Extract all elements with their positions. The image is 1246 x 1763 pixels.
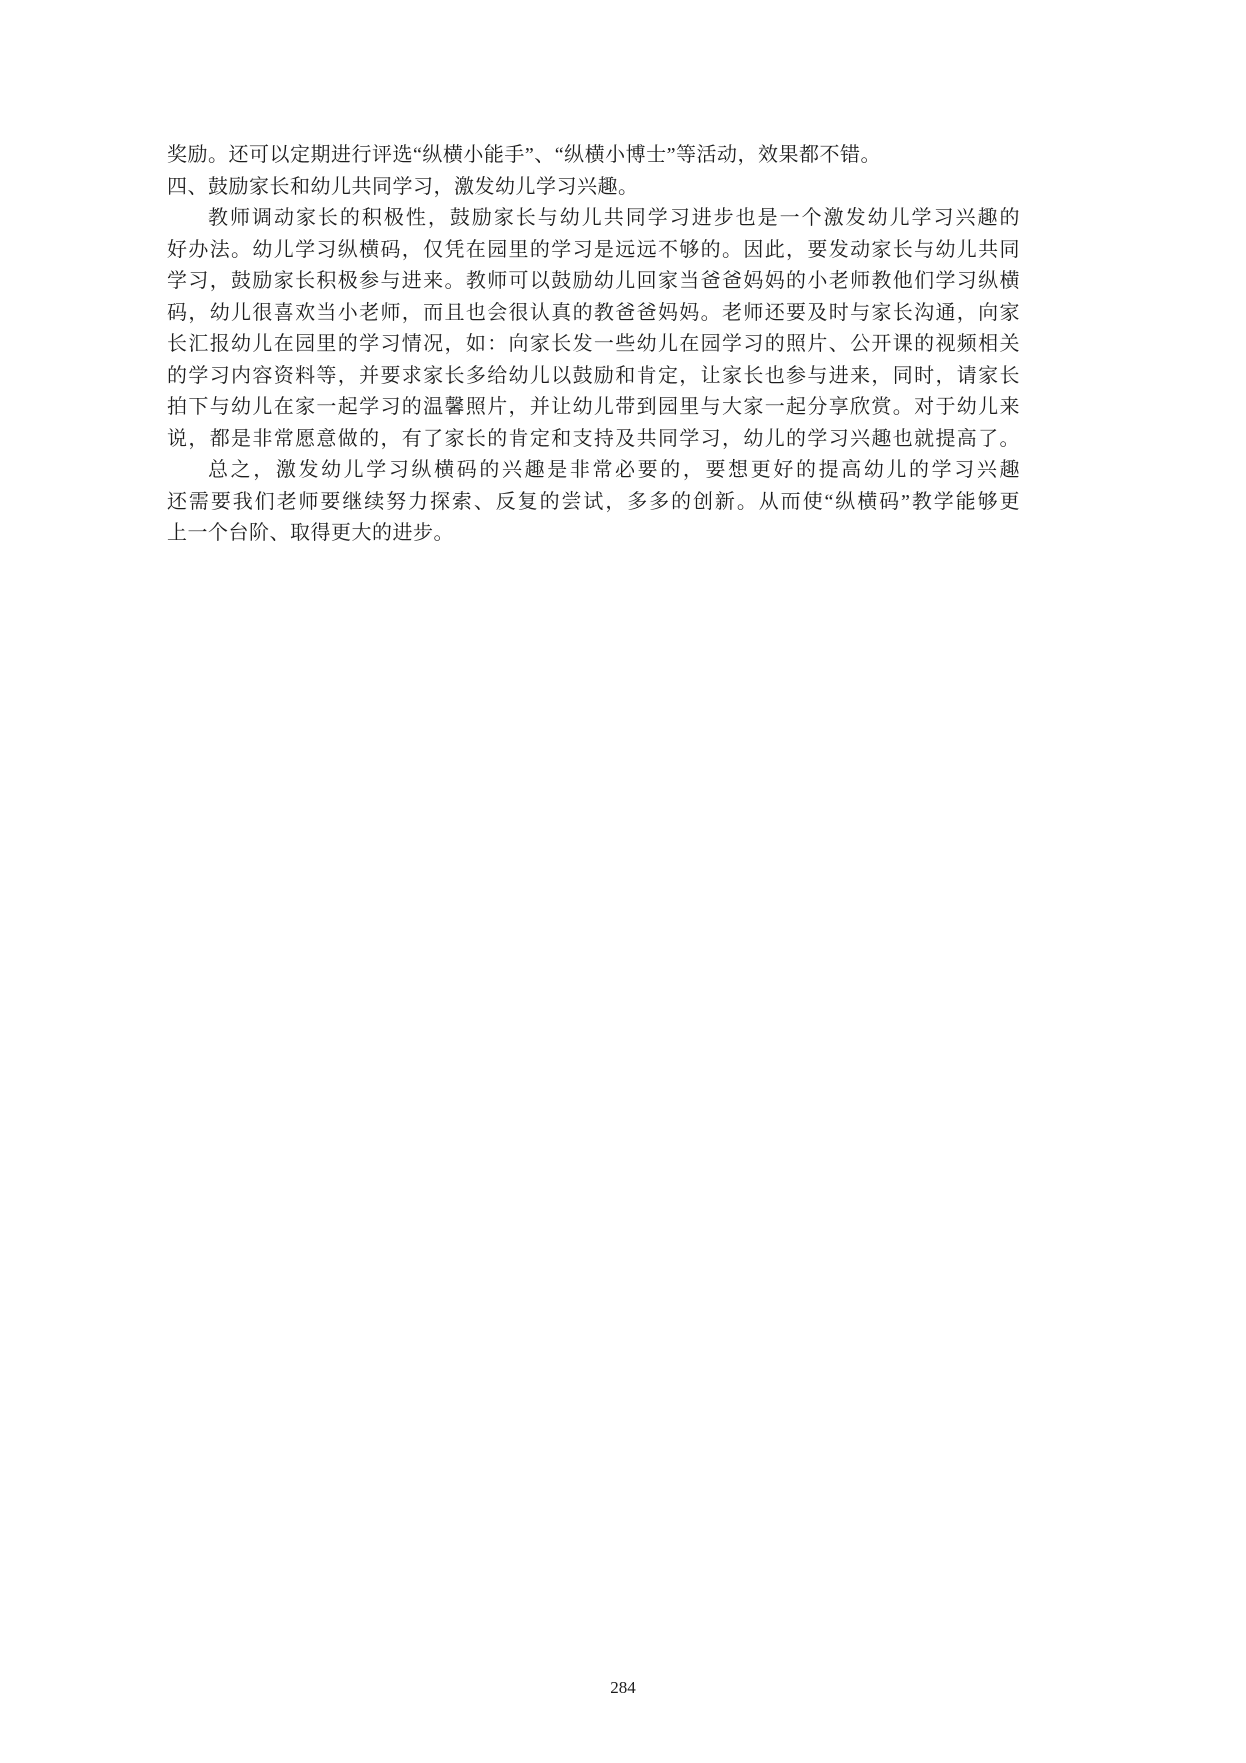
text-line: 的学习内容资料等，并要求家长多给幼儿以鼓励和肯定，让家长也参与进来，同时，请家长 bbox=[167, 361, 1020, 393]
text-line: 还需要我们老师要继续努力探索、反复的尝试，多多的创新。从而使“纵横码”教学能够更 bbox=[167, 487, 1020, 519]
text-line: 拍下与幼儿在家一起学习的温馨照片，并让幼儿带到园里与大家一起分享欣赏。对于幼儿来 bbox=[167, 392, 1020, 424]
text-line: 上一个台阶、取得更大的进步。 bbox=[167, 518, 1020, 550]
text-line: 好办法。幼儿学习纵横码，仅凭在园里的学习是远远不够的。因此，要发动家长与幼儿共同 bbox=[167, 235, 1020, 267]
text-line: 说，都是非常愿意做的，有了家长的肯定和支持及共同学习，幼儿的学习兴趣也就提高了。 bbox=[167, 424, 1020, 456]
section-heading-line: 四、鼓励家长和幼儿共同学习，激发幼儿学习兴趣。 bbox=[167, 172, 1020, 204]
document-text-block: 奖励。还可以定期进行评选“纵横小能手”、“纵横小博士”等活动，效果都不错。 四、… bbox=[167, 140, 1020, 550]
page-number: 284 bbox=[0, 1678, 1246, 1698]
text-line: 学习，鼓励家长积极参与进来。教师可以鼓励幼儿回家当爸爸妈妈的小老师教他们学习纵横 bbox=[167, 266, 1020, 298]
text-line: 总之，激发幼儿学习纵横码的兴趣是非常必要的，要想更好的提高幼儿的学习兴趣 bbox=[167, 455, 1020, 487]
document-page: 奖励。还可以定期进行评选“纵横小能手”、“纵横小博士”等活动，效果都不错。 四、… bbox=[0, 0, 1246, 1763]
text-line: 奖励。还可以定期进行评选“纵横小能手”、“纵横小博士”等活动，效果都不错。 bbox=[167, 140, 1020, 172]
text-line: 长汇报幼儿在园里的学习情况，如：向家长发一些幼儿在园学习的照片、公开课的视频相关 bbox=[167, 329, 1020, 361]
text-line: 码，幼儿很喜欢当小老师，而且也会很认真的教爸爸妈妈。老师还要及时与家长沟通，向家 bbox=[167, 298, 1020, 330]
text-line: 教师调动家长的积极性，鼓励家长与幼儿共同学习进步也是一个激发幼儿学习兴趣的 bbox=[167, 203, 1020, 235]
